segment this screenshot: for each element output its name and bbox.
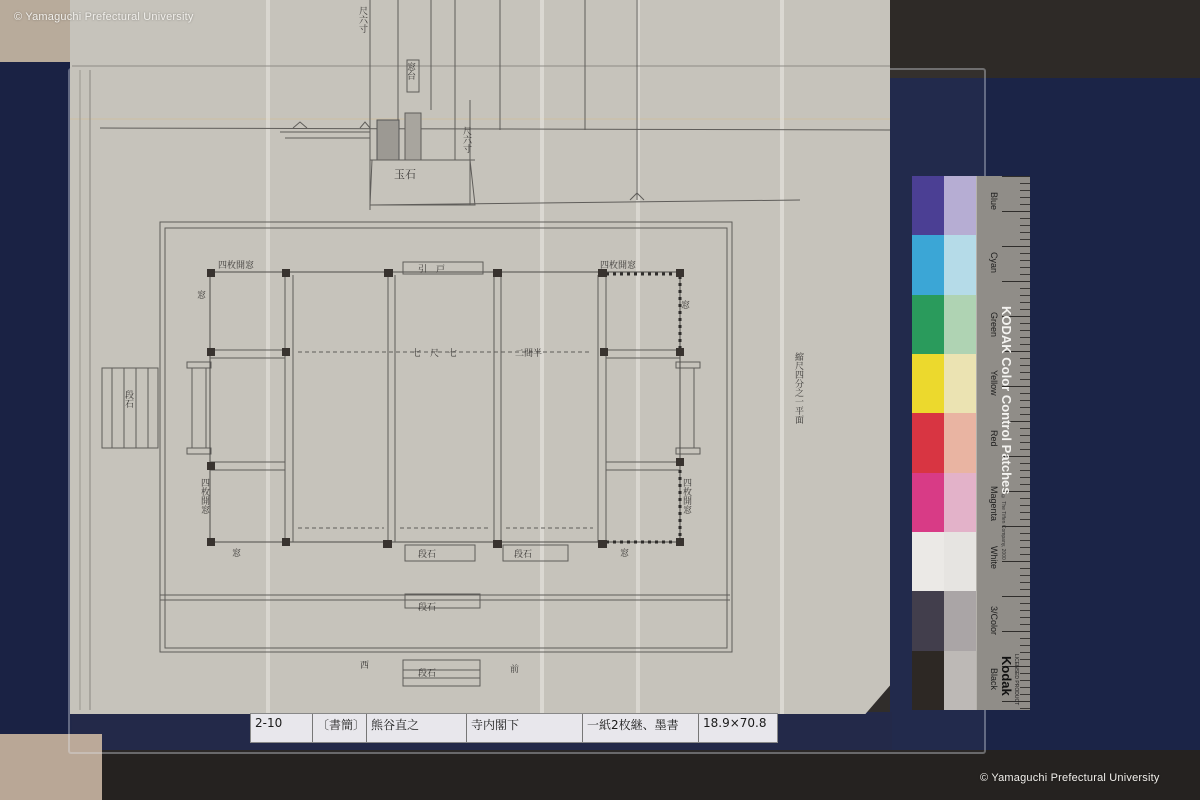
svg-text:段石: 段石	[514, 549, 532, 560]
svg-text:尺六寸: 尺六寸	[461, 126, 472, 153]
patch-red	[912, 413, 976, 472]
patch-name-red: Red	[977, 430, 999, 447]
svg-text:四枚開窓: 四枚開窓	[199, 478, 210, 514]
label-window-top-left: 四枚開窓	[218, 259, 254, 271]
label-gyokuseki: 玉石	[394, 168, 416, 181]
patch-name-white: White	[977, 546, 999, 569]
patch-white	[912, 532, 976, 591]
label-west: 西	[360, 660, 369, 671]
kodak-color-patches	[912, 176, 976, 710]
patch-black	[912, 651, 976, 710]
svg-text:四枚開窓: 四枚開窓	[681, 478, 692, 514]
svg-text:段石: 段石	[123, 390, 134, 409]
catalog-dimensions: 18.9×70.8	[699, 714, 777, 742]
patch-blue	[912, 176, 976, 235]
svg-text:窓: 窓	[679, 299, 690, 309]
patch-green	[912, 295, 976, 354]
label-front: 前	[510, 663, 519, 675]
color-chart-copyright: © The Tiffen Company, 2000	[1000, 494, 1006, 560]
patch-cyan	[912, 235, 976, 294]
catalog-id: 2-10	[251, 714, 313, 742]
svg-text:窓台: 窓台	[405, 61, 416, 81]
catalog-type: 〔書簡〕	[313, 714, 367, 742]
patch-magenta	[912, 473, 976, 532]
kodak-licensed: LICENSED PRODUCT	[1013, 654, 1019, 705]
svg-text:引 戸: 引 戸	[418, 263, 445, 275]
label-stone-steps-front: 段石	[418, 668, 436, 679]
svg-text:窓: 窓	[195, 289, 206, 299]
catalog-recipient: 寺内閣下	[467, 714, 583, 742]
kodak-logo: Kodak	[999, 656, 1014, 696]
patch-name-green: Green	[977, 312, 999, 337]
watermark-bottom: © Yamaguchi Prefectural University	[980, 772, 1160, 784]
svg-text:尺六寸: 尺六寸	[357, 6, 368, 33]
kodak-ruler-strip: Blue Cyan Green Yellow Red Magenta White…	[976, 176, 1030, 710]
svg-text:二間半: 二間半	[515, 347, 542, 359]
label-scale-title: 縮尺四分之一平面	[793, 351, 804, 425]
patch-name-yellow: Yellow	[977, 370, 999, 396]
svg-text:段石: 段石	[418, 549, 436, 560]
catalog-format: 一紙2枚継、墨書	[583, 714, 699, 742]
svg-text:窓: 窓	[620, 547, 629, 559]
catalog-label-strip: 2-10 〔書簡〕 熊谷直之 寺内閣下 一紙2枚継、墨書 18.9×70.8	[250, 713, 778, 743]
patch-name-cyan: Cyan	[977, 252, 999, 273]
patch-name-black: Black	[977, 668, 999, 690]
patch-name-blue: Blue	[977, 192, 999, 210]
patch-name-3color: 3/Color	[977, 606, 999, 635]
patch-3color	[912, 591, 976, 650]
label-window-top-right: 四枚開窓	[600, 259, 636, 271]
svg-text:七 尺 七: 七 尺 七	[412, 347, 457, 359]
catalog-author: 熊谷直之	[367, 714, 467, 742]
watermark-top: © Yamaguchi Prefectural University	[14, 11, 194, 23]
patch-name-magenta: Magenta	[977, 486, 999, 521]
svg-text:窓: 窓	[232, 547, 241, 559]
label-stone-steps-main: 段石	[418, 602, 436, 613]
color-chart-title: KODAK Color Control Patches	[999, 306, 1014, 495]
patch-yellow	[912, 354, 976, 413]
